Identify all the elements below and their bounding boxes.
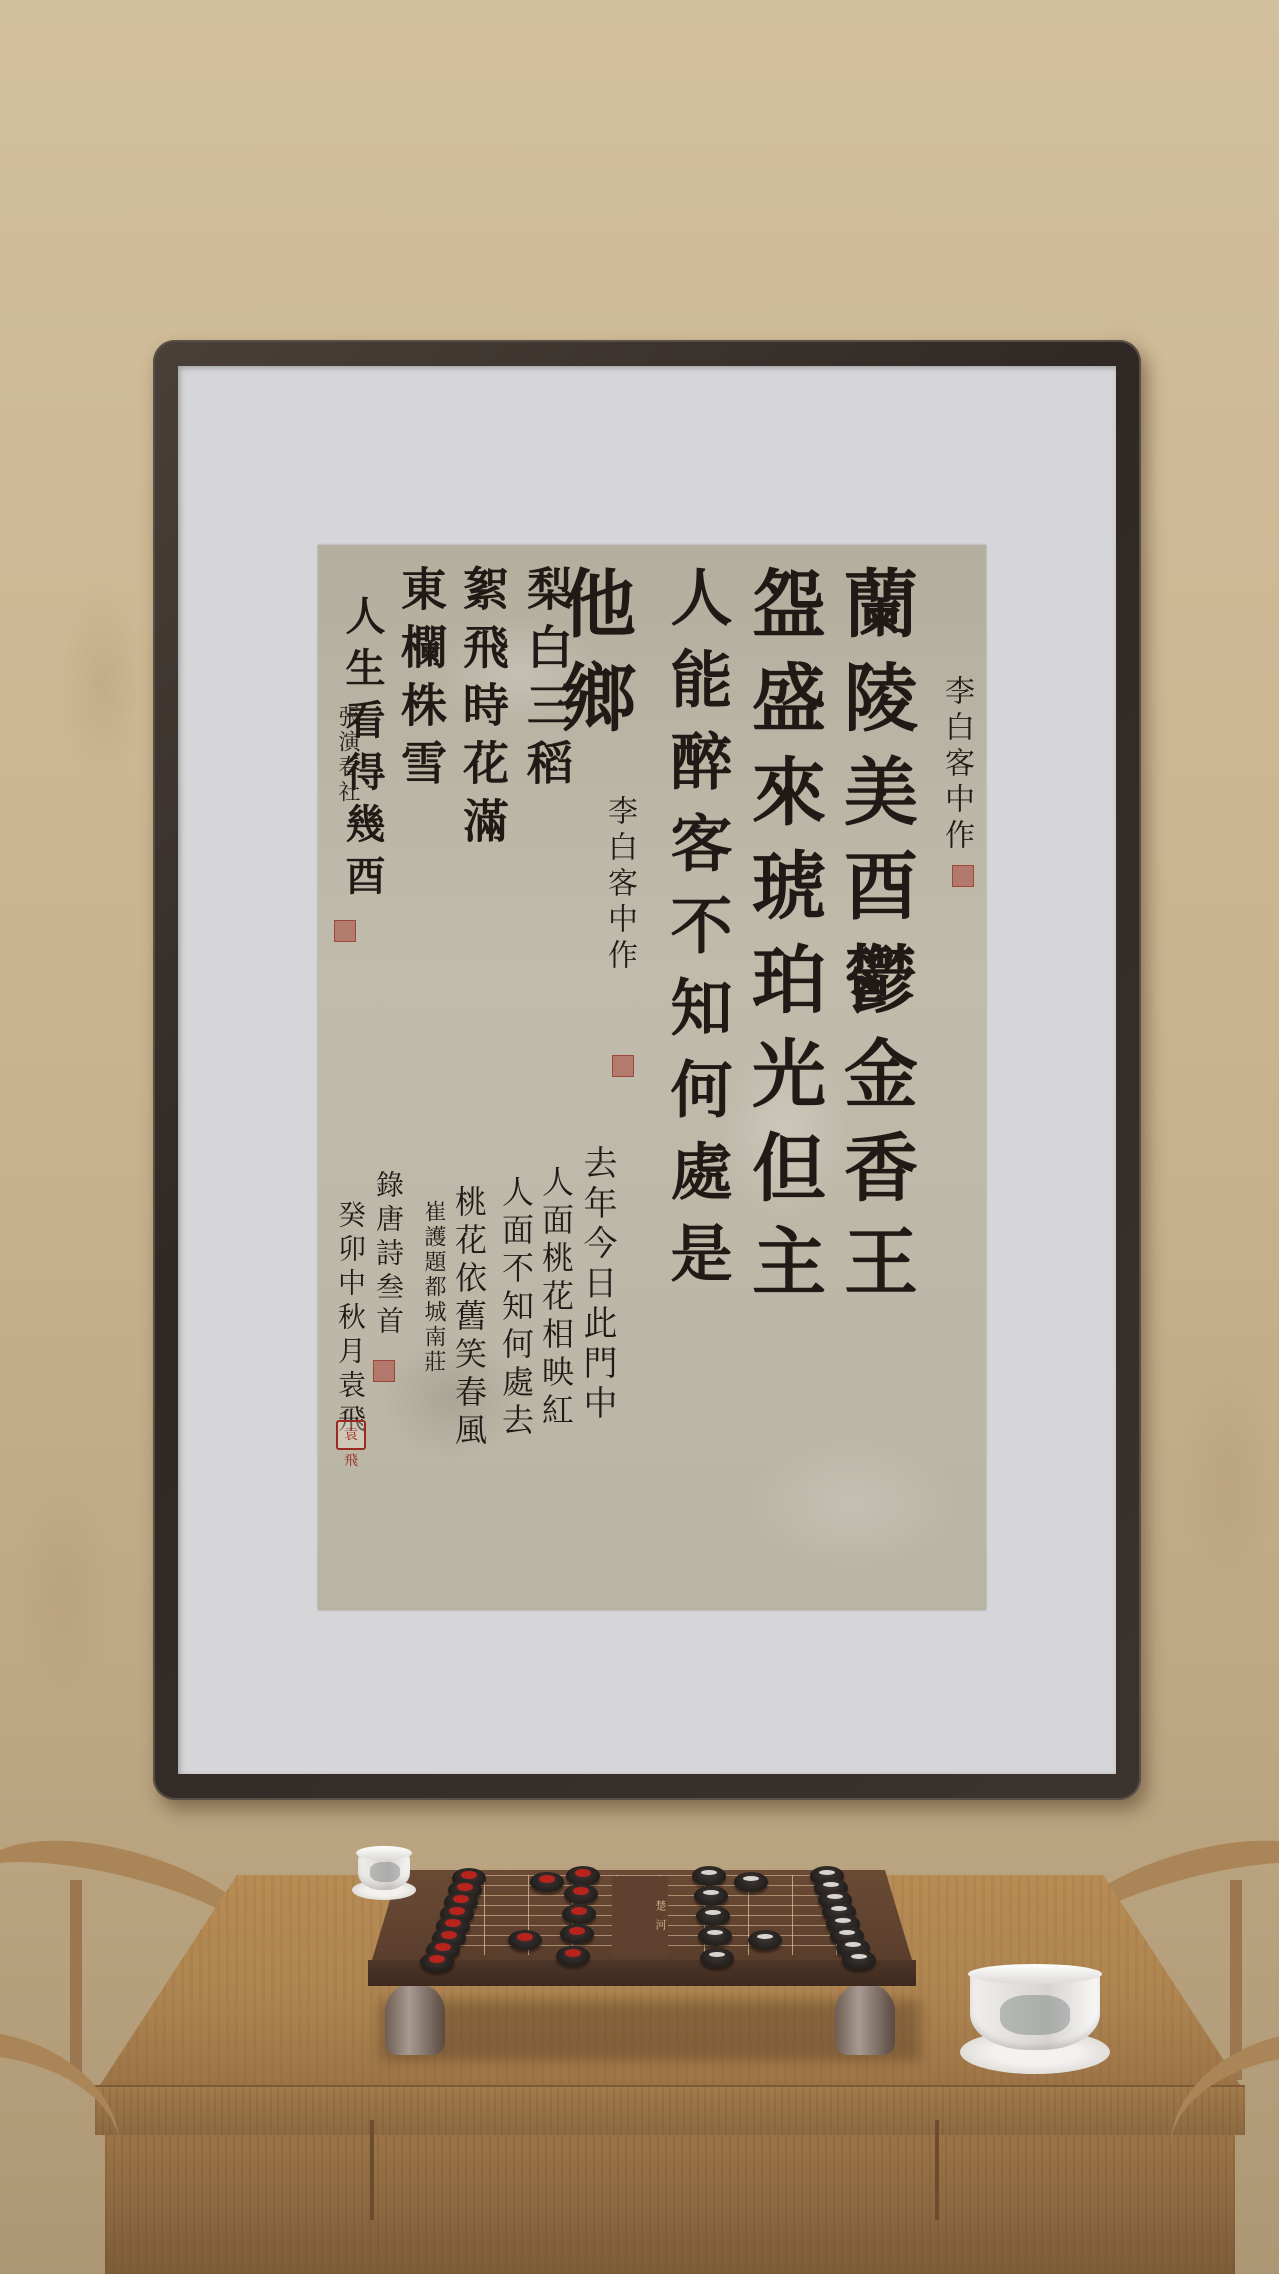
poem3-column-2: 人面桃花相映紅 xyxy=(533,1165,579,1431)
poem2-column-3: 東欄株雪 xyxy=(388,565,454,797)
chess-piece-red[interactable] xyxy=(560,1924,594,1944)
poem2-inscription: 張演春社 xyxy=(332,705,363,805)
poem1-column-3: 人能醉客不知何處是 xyxy=(652,565,741,1303)
chess-piece-red[interactable] xyxy=(420,1952,454,1972)
chess-piece-red[interactable] xyxy=(556,1946,590,1966)
board-leg-left xyxy=(385,1985,445,2055)
table-groove-right xyxy=(935,2120,939,2220)
chess-piece-red[interactable] xyxy=(564,1884,598,1904)
poem3-column-1: 去年今日此門中 xyxy=(573,1145,622,1425)
chess-piece-black[interactable] xyxy=(692,1866,726,1886)
seal-colophon-small xyxy=(373,1360,395,1382)
poem1-column-1: 蘭陵美酉鬱金香王 xyxy=(822,565,928,1317)
seal-signature: 袁飛 xyxy=(336,1420,366,1450)
river-text-left: 楚河 xyxy=(654,1900,667,1938)
chess-piece-black[interactable] xyxy=(842,1950,876,1970)
poem3-column-3: 人面不知何處去 xyxy=(493,1175,539,1441)
chess-piece-black[interactable] xyxy=(698,1926,732,1946)
table-edge xyxy=(95,2085,1245,2135)
board-leg-right xyxy=(835,1985,895,2055)
tea-cup-right-rim xyxy=(968,1964,1102,1984)
tea-cup-left-painting xyxy=(370,1862,400,1882)
seal-right xyxy=(952,865,974,887)
poem1-column-2: 盌盛來琥珀光但主 xyxy=(730,565,836,1317)
chess-piece-black[interactable] xyxy=(734,1872,768,1892)
seal-left xyxy=(334,920,356,942)
poem2-column-2: 絮飛時花滿 xyxy=(450,565,516,855)
seal-middle xyxy=(612,1055,634,1077)
table-groove-left xyxy=(370,2120,374,2220)
chess-piece-black[interactable] xyxy=(696,1906,730,1926)
chess-piece-red[interactable] xyxy=(530,1872,564,1892)
calligraphy-paper: 蘭陵美酉鬱金香王 盌盛來琥珀光但主 人能醉客不知何處是 他鄉 李白客中作 李白客… xyxy=(318,545,986,1610)
tea-cup-left-lid xyxy=(356,1846,412,1860)
poem3-column-4: 桃花依舊笑春風 xyxy=(446,1185,492,1451)
chess-piece-red[interactable] xyxy=(562,1904,596,1924)
chess-piece-red[interactable] xyxy=(566,1866,600,1886)
chess-piece-black[interactable] xyxy=(700,1948,734,1968)
colophon-line-2: 癸卯中秋月袁飛 xyxy=(330,1200,370,1438)
colophon-line-1: 錄唐詩叁首 xyxy=(368,1170,408,1340)
poem1-inscription-middle: 李白客中作 xyxy=(597,795,641,975)
poem3-inscription: 崔護題都城南莊 xyxy=(418,1200,449,1375)
chess-piece-black[interactable] xyxy=(694,1886,728,1906)
chess-piece-black[interactable] xyxy=(748,1930,782,1950)
tea-cup-right-painting xyxy=(1000,1995,1070,2035)
poem1-inscription-right: 李白客中作 xyxy=(934,675,978,855)
table-apron xyxy=(105,2135,1235,2274)
chess-piece-red[interactable] xyxy=(508,1930,542,1950)
chessboard-river: 楚河 xyxy=(612,1876,668,1956)
poem2-column-1: 梨白三稻 xyxy=(514,565,580,797)
